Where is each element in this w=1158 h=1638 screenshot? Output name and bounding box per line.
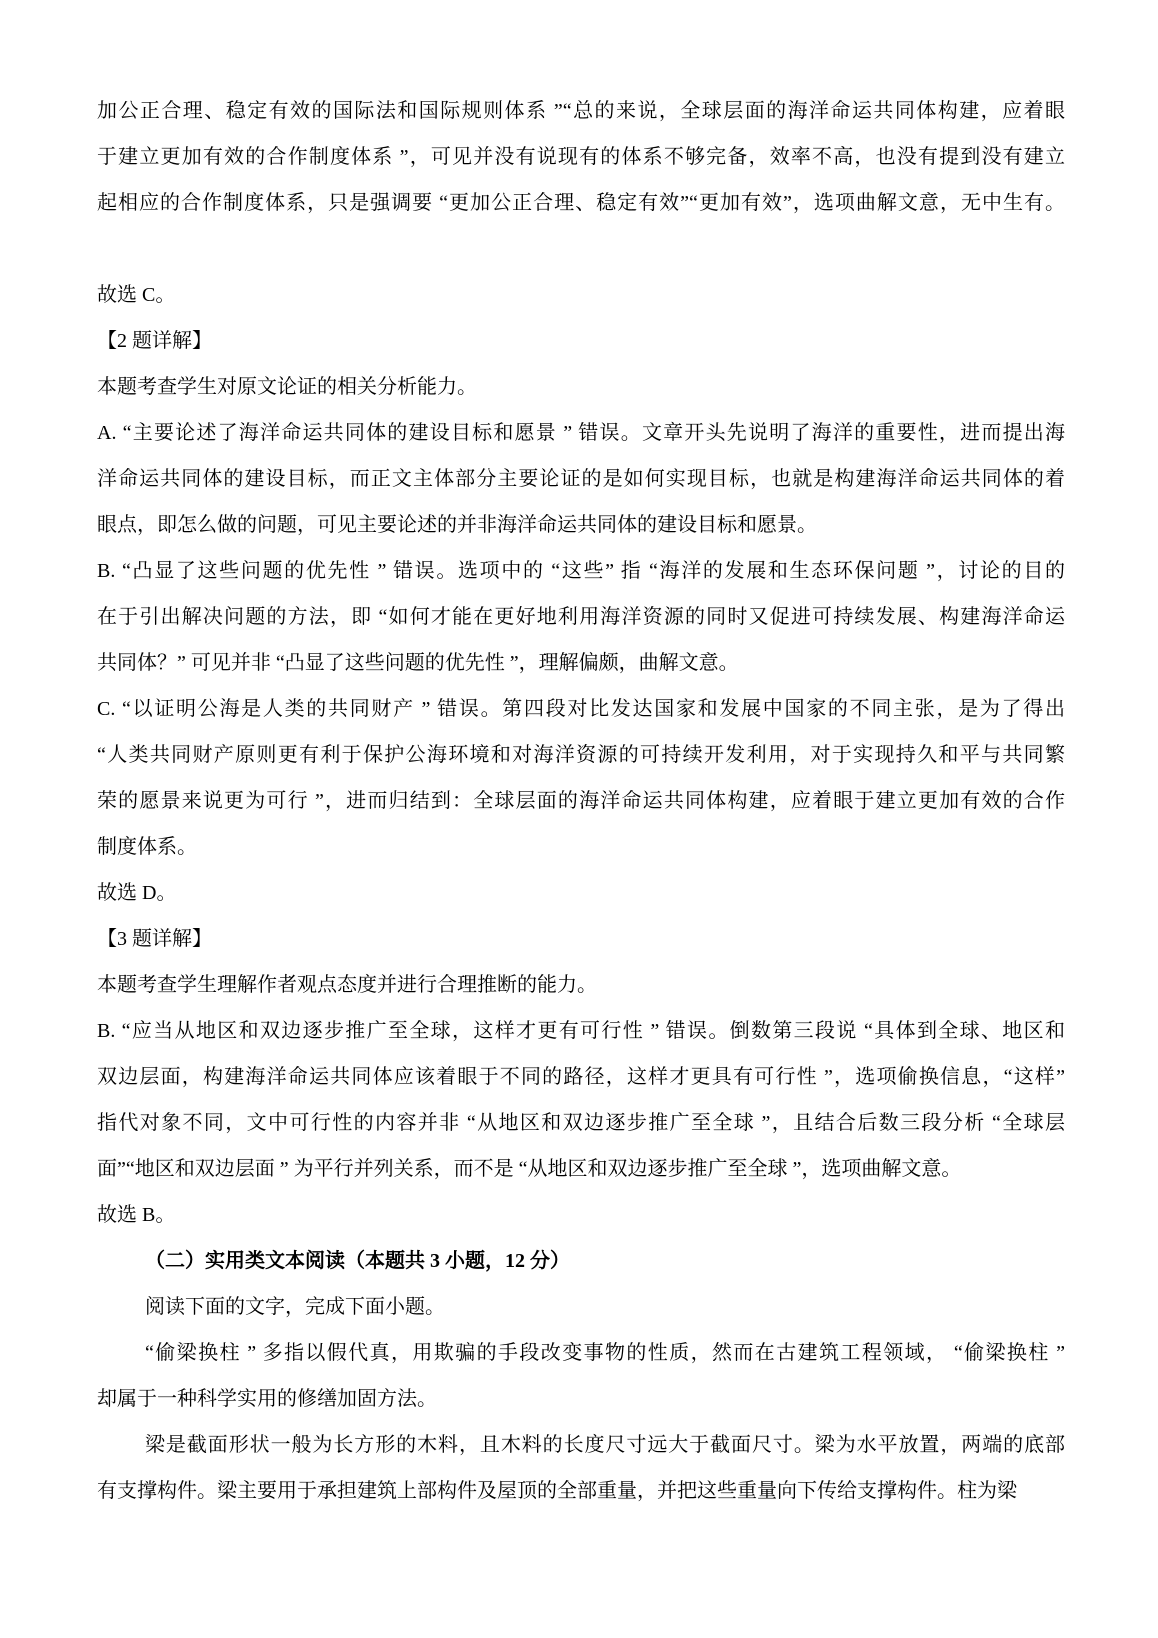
answer-choice-line: 故选 D。 — [97, 870, 1065, 916]
text-line: 梁是截面形状一般为长方形的木料，且木料的长度尺寸远大于截面尺寸。梁为水平放置，两… — [97, 1422, 1065, 1468]
text-line: 双边层面，构建海洋命运共同体应该着眼于不同的路径，这样才更具有可行性 ”，选项偷… — [97, 1054, 1065, 1100]
text-line: A. “主要论述了海洋命运共同体的建设目标和愿景 ” 错误。文章开头先说明了海洋… — [97, 410, 1065, 456]
text-line: “偷梁换柱 ” 多指以假代真，用欺骗的手段改变事物的性质，然而在古建筑工程领域，… — [97, 1330, 1065, 1376]
text-line: 有支撑构件。梁主要用于承担建筑上部构件及屋顶的全部重量，并把这些重量向下传给支撑… — [97, 1468, 1065, 1514]
text-line: “人类共同财产原则更有利于保护公海环境和对海洋资源的可持续开发利用，对于实现持久… — [97, 732, 1065, 778]
text-line: 阅读下面的文字，完成下面小题。 — [97, 1284, 1065, 1330]
text-line: 加公正合理、稳定有效的国际法和国际规则体系 ”“总的来说，全球层面的海洋命运共同… — [97, 88, 1065, 134]
text-line: B. “应当从地区和双边逐步推广至全球，这样才更有可行性 ” 错误。倒数第三段说… — [97, 1008, 1065, 1054]
text-line: 本题考查学生对原文论证的相关分析能力。 — [97, 364, 1065, 410]
text-line: 却属于一种科学实用的修缮加固方法。 — [97, 1376, 1065, 1422]
text-line: 起相应的合作制度体系，只是强调要 “更加公正合理、稳定有效”“更加有效”，选项曲… — [97, 180, 1065, 226]
answer-choice-line: 故选 B。 — [97, 1192, 1065, 1238]
section-heading: （二）实用类文本阅读（本题共 3 小题，12 分） — [97, 1238, 1065, 1284]
text-line: 洋命运共同体的建设目标，而正文主体部分主要论证的是如何实现目标，也就是构建海洋命… — [97, 456, 1065, 502]
text-line: 眼点，即怎么做的问题，可见主要论述的并非海洋命运共同体的建设目标和愿景。 — [97, 502, 1065, 548]
text-line: 制度体系。 — [97, 824, 1065, 870]
text-line: 本题考查学生理解作者观点态度并进行合理推断的能力。 — [97, 962, 1065, 1008]
text-line: 荣的愿景来说更为可行 ”，进而归结到：全球层面的海洋命运共同体构建，应着眼于建立… — [97, 778, 1065, 824]
text-line: B. “凸显了这些问题的优先性 ” 错误。选项中的 “这些” 指 “海洋的发展和… — [97, 548, 1065, 594]
section-label: 【2 题详解】 — [97, 318, 1065, 364]
text-line: 面”“地区和双边层面 ” 为平行并列关系，而不是 “从地区和双边逐步推广至全球 … — [97, 1146, 1065, 1192]
text-line: 指代对象不同，文中可行性的内容并非 “从地区和双边逐步推广至全球 ”，且结合后数… — [97, 1100, 1065, 1146]
text-line: C. “以证明公海是人类的共同财产 ” 错误。第四段对比发达国家和发展中国家的不… — [97, 686, 1065, 732]
answer-choice-line: 故选 C。 — [97, 272, 1065, 318]
document-page: 加公正合理、稳定有效的国际法和国际规则体系 ”“总的来说，全球层面的海洋命运共同… — [0, 0, 1158, 1638]
text-line: 共同体？” 可见并非 “凸显了这些问题的优先性 ”，理解偏颇，曲解文意。 — [97, 640, 1065, 686]
section-label: 【3 题详解】 — [97, 916, 1065, 962]
text-line: 于建立更加有效的合作制度体系 ”，可见并没有说现有的体系不够完备，效率不高，也没… — [97, 134, 1065, 180]
text-line: 在于引出解决问题的方法，即 “如何才能在更好地利用海洋资源的同时又促进可持续发展… — [97, 594, 1065, 640]
